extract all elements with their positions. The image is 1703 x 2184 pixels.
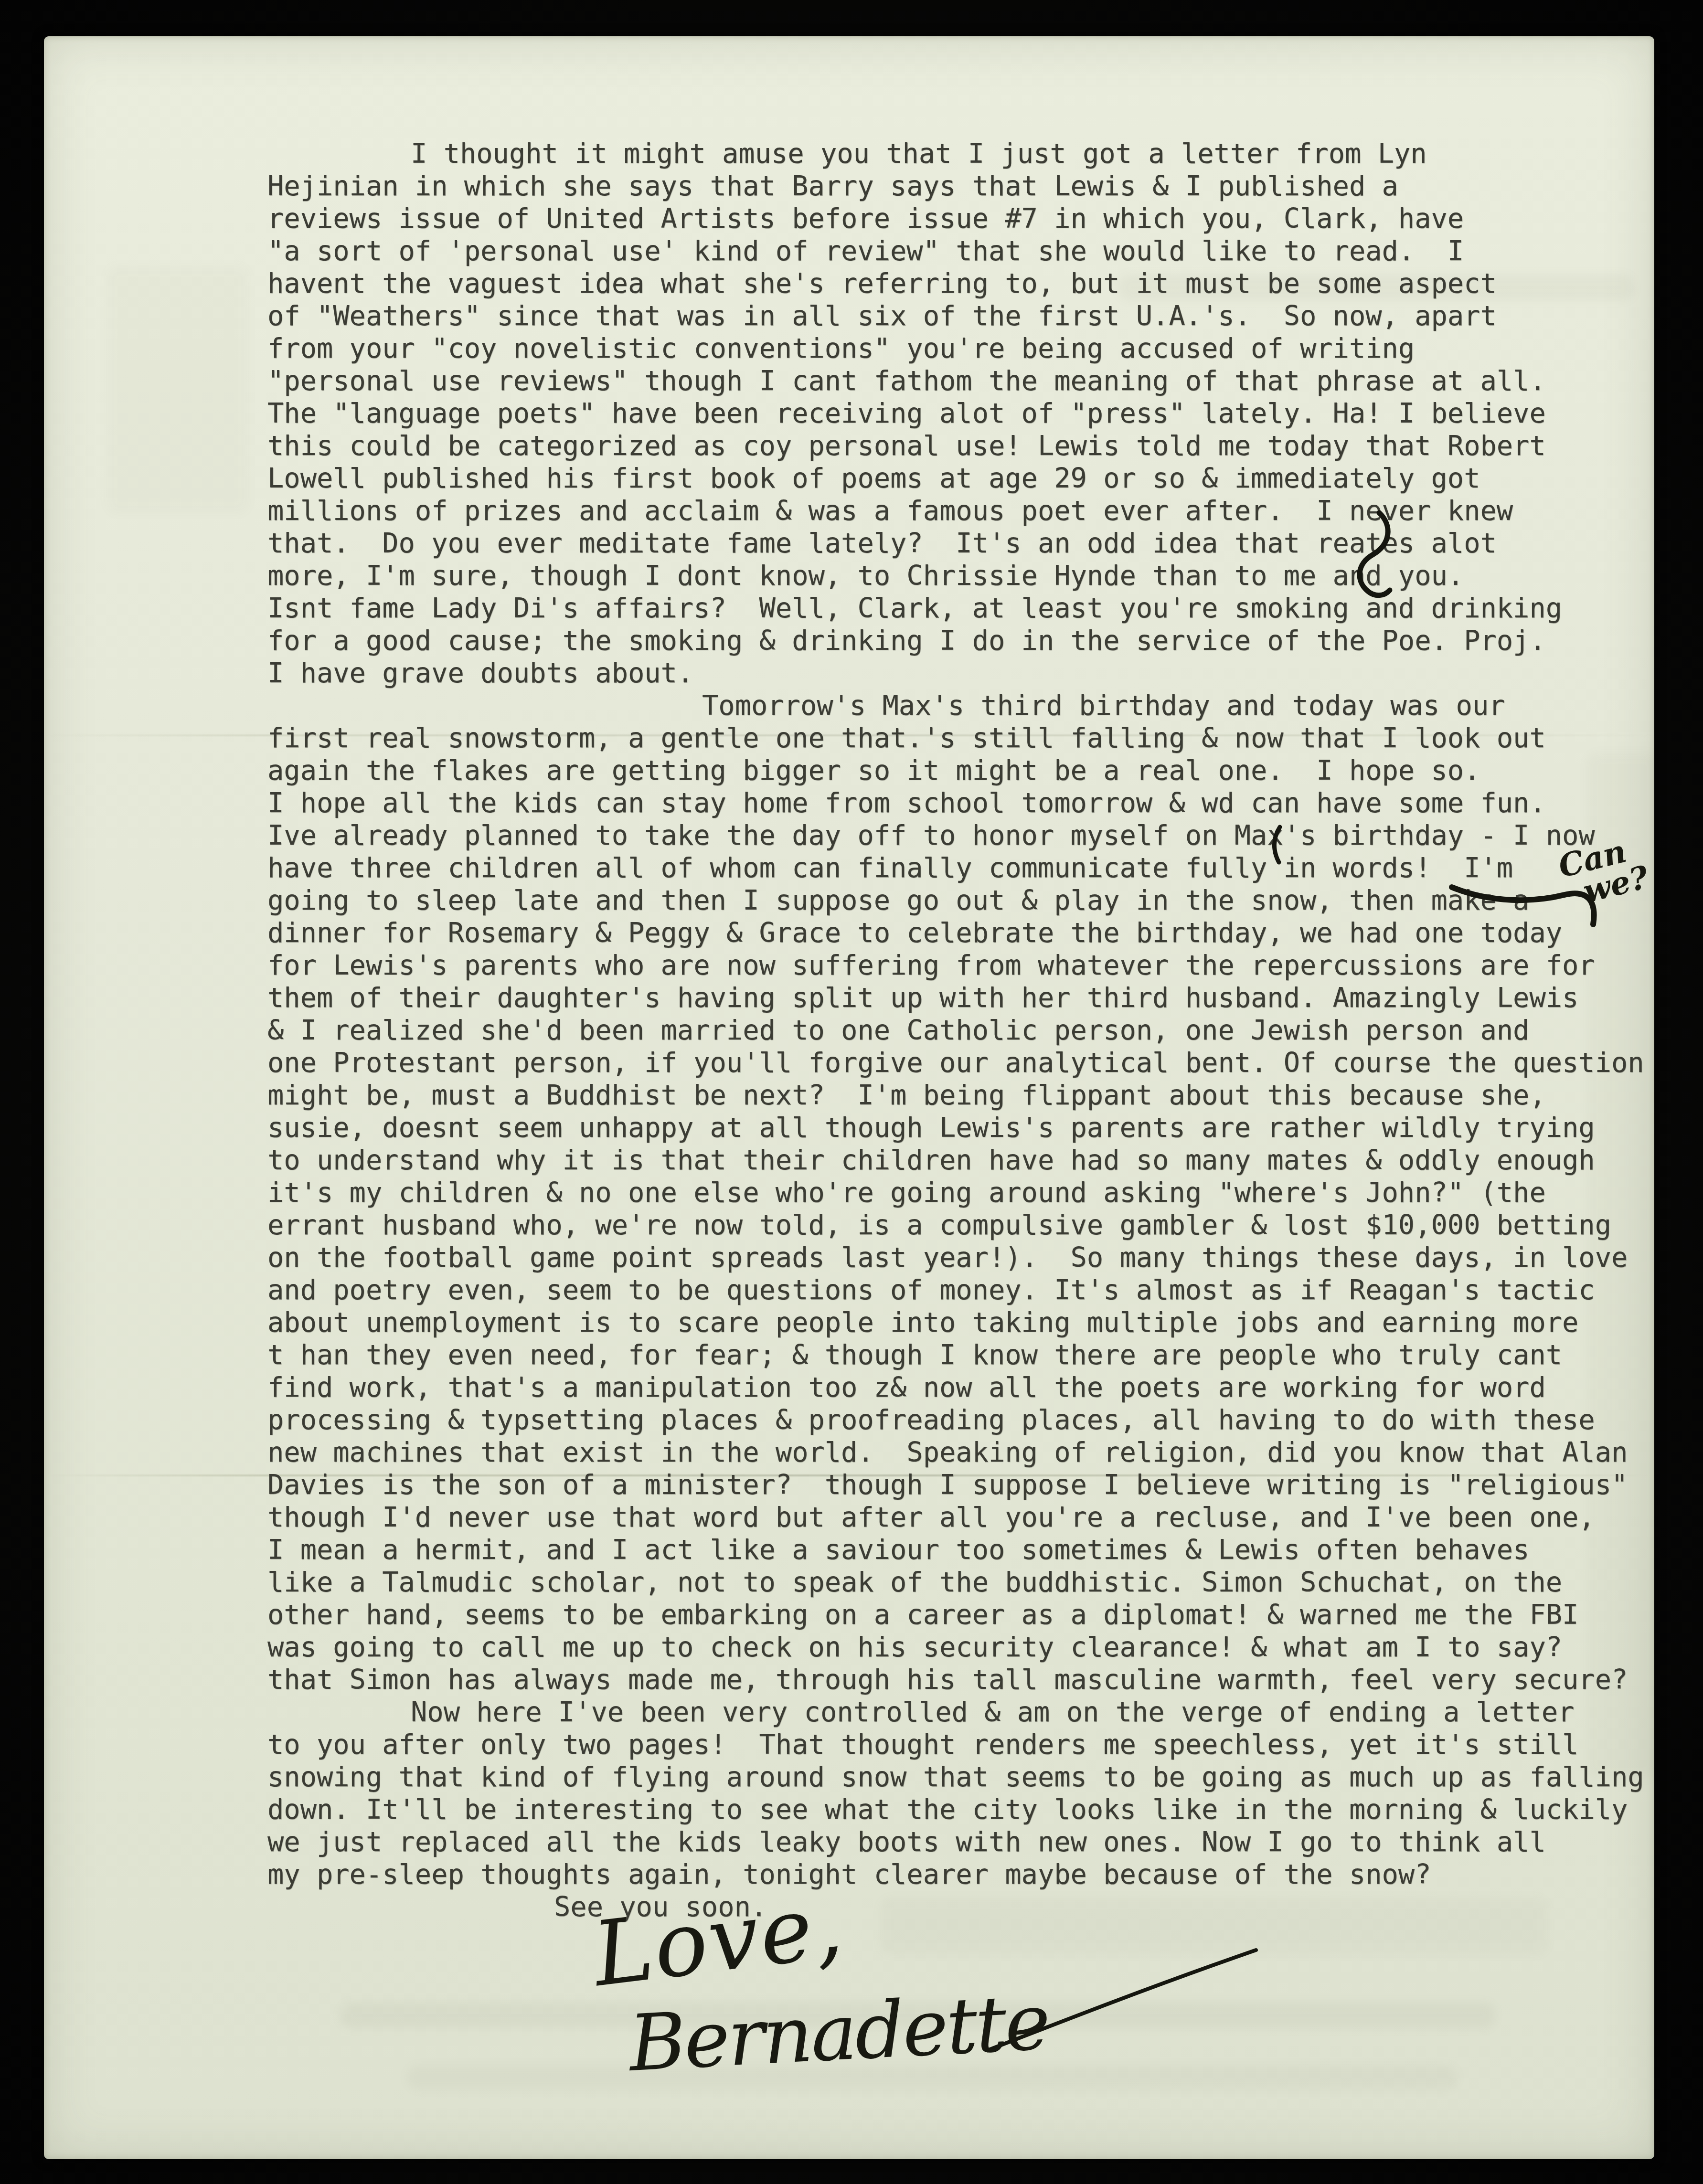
handwritten-apostrophe-mark [1265,823,1288,866]
letter-line: going to sleep late and then I suppose g… [267,884,1652,917]
letter-line: my pre-sleep thoughts again, tonight cle… [267,1858,1652,1891]
letter-line: was going to call me up to check on his … [267,1631,1652,1664]
letter-line: new machines that exist in the world. Sp… [267,1436,1652,1469]
letter-line: find work, that's a manipulation too z& … [267,1371,1652,1404]
handwritten-insertion-squiggle-mark [1347,509,1399,600]
letter-line: one Protestant person, if you'll forgive… [267,1047,1652,1079]
letter-line: "personal use reviews" though I cant fat… [267,365,1652,397]
letter-line: & I realized she'd been married to one C… [267,1014,1652,1047]
letter-line: on the football game point spreads last … [267,1241,1652,1274]
letter-line: like a Talmudic scholar, not to speak of… [267,1566,1652,1599]
letter-line: to you after only two pages! That though… [267,1728,1652,1761]
letter-line: that. Do you ever meditate fame lately? … [267,527,1652,560]
letter-line: and poetry even, seem to be questions of… [267,1274,1652,1306]
letter-line: it's my children & no one else who're go… [267,1177,1652,1209]
letter-line: we just replaced all the kids leaky boot… [267,1826,1652,1858]
letter-line: first real snowstorm, a gentle one that.… [267,722,1652,754]
letter-line: Davies is the son of a minister? though … [267,1469,1652,1501]
letter-line: that Simon has always made me, through h… [267,1664,1652,1696]
letter-line: Now here I've been very controlled & am … [267,1696,1652,1728]
letter-line: millions of prizes and acclaim & was a f… [267,495,1652,527]
letter-paper: I thought it might amuse you that I just… [44,36,1654,2159]
letter-line: might be, must a Buddhist be next? I'm b… [267,1079,1652,1112]
letter-line: to understand why it is that their child… [267,1144,1652,1177]
letter-line: again the flakes are getting bigger so i… [267,754,1652,787]
letter-line: for a good cause; the smoking & drinking… [267,625,1652,657]
letter-line: errant husband who, we're now told, is a… [267,1209,1652,1241]
letter-line: though I'd never use that word but after… [267,1501,1652,1534]
letter-line: I have grave doubts about. [267,657,1652,689]
letter-line: from your "coy novelistic conventions" y… [267,332,1652,365]
letter-line: about unemployment is to scare people in… [267,1306,1652,1339]
letter-line: I hope all the kids can stay home from s… [267,787,1652,819]
letter-line: other hand, seems to be embarking on a c… [267,1599,1652,1631]
letter-line: I thought it might amuse you that I just… [267,138,1652,170]
letter-line: them of their daughter's having split up… [267,982,1652,1014]
scan-background: { "scan": { "background_color": "#070706… [0,0,1703,2184]
letter-line: havent the vaguest idea what she's refer… [267,267,1652,300]
letter-line: for Lewis's parents who are now sufferin… [267,949,1652,982]
letter-line: of "Weathers" since that was in all six … [267,300,1652,332]
letter-line: processing & typsetting places & proofre… [267,1404,1652,1436]
letter-line: down. It'll be interesting to see what t… [267,1793,1652,1826]
letter-line: this could be categorized as coy persona… [267,430,1652,462]
letter-line: Hejinian in which she says that Barry sa… [267,170,1652,202]
bleedthrough-smudge [106,265,249,514]
letter-text-block: I thought it might amuse you that I just… [267,138,1652,1923]
letter-line: See you soon. [267,1891,1652,1923]
letter-line: The "language poets" have been receiving… [267,397,1652,430]
letter-line: Ive already planned to take the day off … [267,819,1652,852]
letter-line: t han they even need, for fear; & though… [267,1339,1652,1371]
letter-line: snowing that kind of flying around snow … [267,1761,1652,1793]
letter-line: more, I'm sure, though I dont know, to C… [267,560,1652,592]
letter-line: Lowell published his first book of poems… [267,462,1652,495]
letter-line: Tomorrow's Max's third birthday and toda… [267,689,1652,722]
letter-line: "a sort of 'personal use' kind of review… [267,235,1652,267]
letter-line: susie, doesnt seem unhappy at all though… [267,1112,1652,1144]
letter-line: dinner for Rosemary & Peggy & Grace to c… [267,917,1652,949]
letter-line: I mean a hermit, and I act like a saviou… [267,1534,1652,1566]
letter-line: reviews issue of United Artists before i… [267,202,1652,235]
letter-line: have three children all of whom can fina… [267,852,1652,884]
letter-line: Isnt fame Lady Di's affairs? Well, Clark… [267,592,1652,625]
